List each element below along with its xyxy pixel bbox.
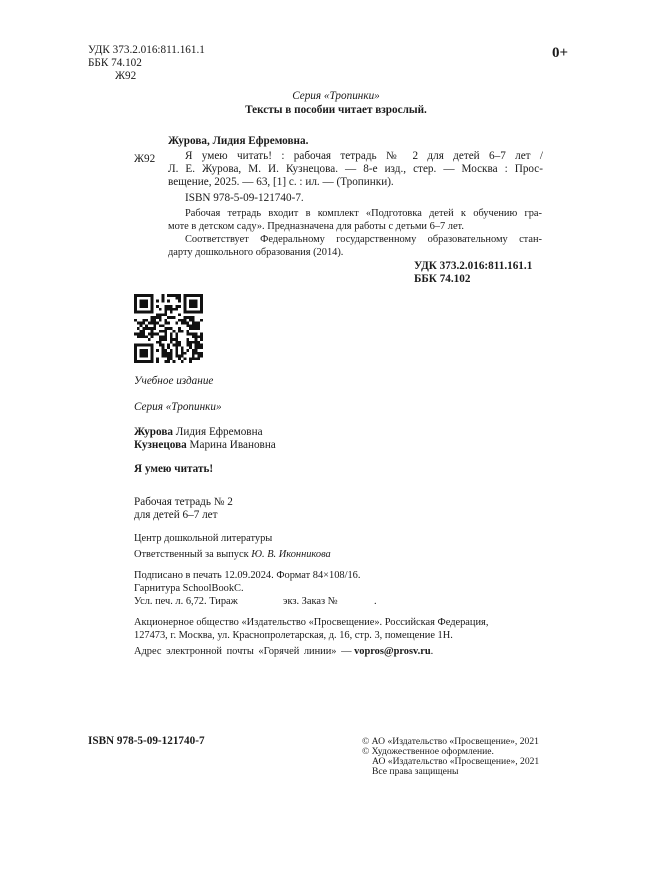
adult-reading-notice: Тексты в пособии читает взрослый.: [0, 104, 650, 117]
footer-isbn: ISBN 978-5-09-121740-7: [88, 735, 205, 748]
catalog-udk: УДК 373.2.016:811.161.1: [414, 260, 532, 273]
imprint-author: Журова Лидия Ефремовна: [134, 426, 263, 439]
author-mark: Ж92: [115, 70, 136, 83]
department: Центр дошкольной литературы: [134, 533, 272, 546]
series-line: Серия «Тропинки»: [0, 90, 650, 103]
print-copies: экз. Заказ №: [283, 596, 338, 609]
catalog-annotation-line: Рабочая тетрадь входит в комплект «Подго…: [185, 208, 542, 221]
catalog-description-line: вещение, 2025. — 63, [1] с. : ил. — (Тро…: [168, 176, 394, 189]
hotline-line: Адрес электронной почты «Горячей линии» …: [134, 646, 433, 659]
catalog-bbk: ББК 74.102: [414, 273, 470, 286]
hotline-email[interactable]: vopros@prosv.ru: [354, 646, 431, 657]
catalog-annotation-line: моте в детском саду». Предназначена для …: [168, 221, 464, 234]
catalog-isbn: ISBN 978-5-09-121740-7.: [185, 192, 304, 205]
print-line: Гарнитура SchoolBookC.: [134, 583, 244, 596]
author-surname: Кузнецова: [134, 439, 187, 451]
publisher-line: Акционерное общество «Издательство «Прос…: [134, 617, 488, 630]
print-end: .: [374, 596, 377, 609]
age-rating: 0+: [552, 45, 568, 62]
edition-type: Учебное издание: [134, 375, 213, 388]
publisher-line: 127473, г. Москва, ул. Краснопролетарска…: [134, 630, 453, 643]
author-given-name: Марина Ивановна: [190, 439, 276, 451]
hotline-end: .: [431, 646, 434, 657]
bbk-code: ББК 74.102: [88, 57, 142, 70]
imprint-subtitle-line: для детей 6–7 лет: [134, 509, 218, 522]
imprint-author: Кузнецова Марина Ивановна: [134, 439, 276, 452]
responsible-name: Ю. В. Иконникова: [251, 549, 330, 560]
author-given-name: Лидия Ефремовна: [176, 426, 263, 438]
imprint-series: Серия «Тропинки»: [134, 401, 222, 414]
hotline-label: Адрес электронной почты «Горячей линии» …: [134, 646, 351, 657]
catalog-author-heading: Журова, Лидия Ефремовна.: [168, 135, 308, 148]
print-sheets: Усл. печ. л. 6,72. Тираж: [134, 596, 238, 609]
print-line: Подписано в печать 12.09.2024. Формат 84…: [134, 570, 360, 583]
catalog-description-line: Я умею читать! : рабочая тетрадь № 2 для…: [185, 150, 543, 163]
copyright-line: Все права защищены: [372, 766, 458, 778]
catalog-description-line: Л. Е. Журова, М. И. Кузнецова. — 8-е изд…: [168, 163, 543, 176]
responsible-label: Ответственный за выпуск: [134, 549, 249, 560]
qr-code-icon: [134, 294, 203, 363]
imprint-subtitle-line: Рабочая тетрадь № 2: [134, 496, 233, 509]
responsible-line: Ответственный за выпуск Ю. В. Иконникова: [134, 549, 331, 562]
author-surname: Журова: [134, 426, 173, 438]
catalog-author-mark: Ж92: [134, 153, 155, 166]
udk-code: УДК 373.2.016:811.161.1: [88, 44, 205, 57]
catalog-annotation-line: дарту дошкольного образования (2014).: [168, 247, 343, 260]
catalog-annotation-line: Соответствует Федеральному государственн…: [185, 234, 542, 247]
imprint-title: Я умею читать!: [134, 463, 213, 476]
